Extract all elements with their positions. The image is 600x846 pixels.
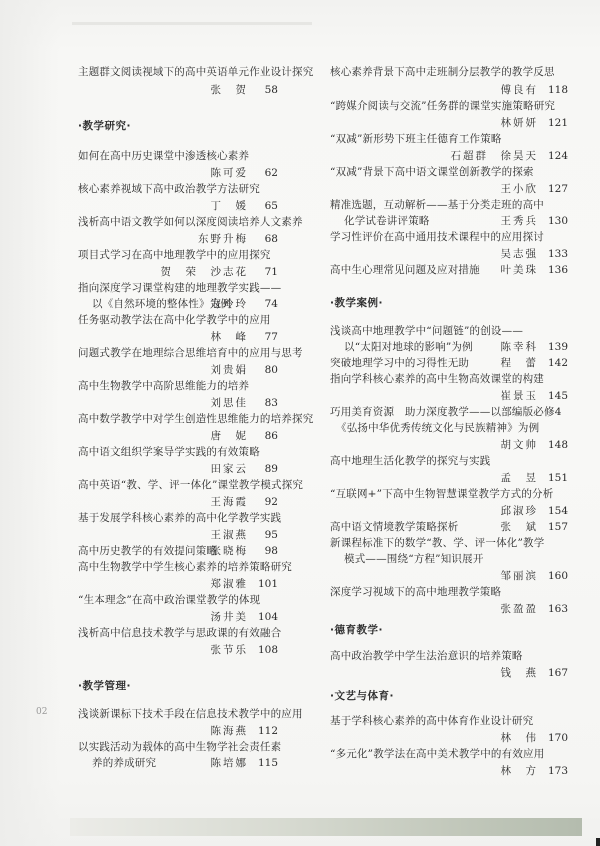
toc-entry-author: 王秀兵 xyxy=(500,215,538,227)
section-heading-arts-and-sports: ·文艺与体育· xyxy=(330,688,394,703)
toc-entry-page[interactable]: 83 xyxy=(258,397,278,410)
toc-entry-page[interactable]: 115 xyxy=(258,757,278,770)
toc-entry-author: 陈海燕 xyxy=(210,725,248,737)
toc-entry-byline: 石超群 徐昊天124 xyxy=(450,150,568,163)
toc-entry-page[interactable]: 127 xyxy=(548,183,568,196)
section-heading-teaching-management: ·教学管理· xyxy=(78,678,131,693)
toc-entry-author: 崔景玉 xyxy=(500,390,538,402)
toc-entry-author: 钱 燕 xyxy=(500,667,538,679)
toc-entry-page[interactable]: 80 xyxy=(258,364,278,377)
toc-entry-title[interactable]: 任务驱动教学法在高中化学教学中的应用 xyxy=(78,314,271,327)
toc-entry-author: 田家云 xyxy=(211,463,249,475)
toc-entry-byline: 程 蕾142 xyxy=(500,357,568,370)
toc-entry-title[interactable]: 高中地理生活化教学的探究与实践 xyxy=(330,455,491,468)
toc-entry-title[interactable]: “双减”背景下高中语文课堂创新教学的探索 xyxy=(330,166,534,179)
toc-entry-title-cont[interactable]: 以“太阳对地球的影响”为例 xyxy=(344,341,473,354)
bottom-decorative-band xyxy=(70,818,582,836)
toc-entry-page[interactable]: 98 xyxy=(258,545,278,558)
toc-entry-page[interactable]: 121 xyxy=(548,117,568,130)
toc-entry-page[interactable]: 170 xyxy=(548,732,568,745)
toc-entry-title[interactable]: 学习性评价在高中通用技术课程中的应用探讨 xyxy=(330,231,544,244)
toc-entry-page[interactable]: 157 xyxy=(548,521,568,534)
toc-entry-title-cont[interactable]: 养的养成研究 xyxy=(92,757,156,770)
toc-entry-byline: 汤井美104 xyxy=(210,611,278,624)
section-heading-teaching-cases: ·教学案例· xyxy=(330,295,383,310)
toc-entry-title[interactable]: 高中数学教学中对学生创造性思维能力的培养探究 xyxy=(78,413,313,426)
toc-entry-byline: 孟 昱151 xyxy=(500,472,568,485)
toc-entry-author: 陈可爱 xyxy=(211,167,249,179)
scan-shadow xyxy=(0,0,60,846)
toc-entry-byline: 东野升梅68 xyxy=(198,233,278,246)
section-heading-moral-education: ·德育教学· xyxy=(330,622,383,637)
toc-entry-author: 程 蕾 xyxy=(500,357,538,369)
toc-entry-page[interactable]: 145 xyxy=(548,390,568,403)
toc-entry-byline: 陈幸科139 xyxy=(500,341,568,354)
toc-entry-author: 邹丽滨 xyxy=(500,570,538,582)
top-rule xyxy=(72,22,312,25)
toc-entry-byline: 林 伟170 xyxy=(500,732,568,745)
toc-entry-title[interactable]: “多元化”教学法在高中美术教学中的有效应用 xyxy=(330,748,544,761)
toc-entry-author: 陈幸科 xyxy=(500,341,538,353)
toc-entry-title[interactable]: 浅谈新课标下技术手段在信息技术教学中的应用 xyxy=(78,708,303,721)
toc-entry-title[interactable]: 高中英语“教、学、评一体化”课堂教学模式探究 xyxy=(78,479,303,492)
toc-entry-title-cont[interactable]: 化学试卷讲评策略 xyxy=(344,215,430,228)
toc-entry-title[interactable]: 高中生物教学中学生核心素养的培养策略研究 xyxy=(78,561,292,574)
toc-entry-page[interactable]: 92 xyxy=(258,496,278,509)
toc-entry-author: 刘贵娟 xyxy=(211,364,249,376)
toc-entry-title[interactable]: 深度学习视域下的高中地理教学策略 xyxy=(330,586,501,599)
toc-entry-author: 叶美珠 xyxy=(500,264,538,276)
toc-entry-title[interactable]: 突破地理学习中的习得性无助 xyxy=(330,357,469,370)
toc-entry-byline: 陈可爱62 xyxy=(211,167,279,180)
toc-entry-byline: 张晓梅98 xyxy=(211,545,279,558)
toc-entry-page[interactable]: 136 xyxy=(548,264,568,277)
toc-entry-title[interactable]: “互联网+”下高中生物智慧课堂教学方式的分析 xyxy=(330,488,553,501)
toc-entry-byline: 寇玲玲74 xyxy=(211,298,279,311)
toc-entry-byline: 陈培娜115 xyxy=(210,757,278,770)
toc-entry-page[interactable]: 104 xyxy=(258,611,278,624)
toc-entry-author: 张晓梅 xyxy=(211,545,249,557)
toc-entry-byline: 王淑燕95 xyxy=(211,529,279,542)
toc-entry-page[interactable]: 77 xyxy=(258,331,278,344)
toc-entry-author: 王淑燕 xyxy=(211,529,249,541)
toc-entry-byline: 胡文帅148 xyxy=(500,439,568,452)
toc-entry-title[interactable]: 高中语文情境教学策略探析 xyxy=(330,521,458,534)
toc-entry-author: 丁 媛 xyxy=(211,200,249,212)
toc-entry-page[interactable]: 101 xyxy=(258,578,278,591)
toc-entry-title[interactable]: 浅谈高中地理教学中“问题链”的创设—— xyxy=(330,325,523,338)
toc-entry-byline: 叶美珠136 xyxy=(500,264,568,277)
toc-entry-author: 林 峰 xyxy=(211,331,249,343)
toc-entry-title[interactable]: 基于发展学科核心素养的高中化学教学实践 xyxy=(78,512,281,525)
toc-entry-page[interactable]: 167 xyxy=(548,667,568,680)
toc-entry-title[interactable]: 新课程标准下的数学“教、学、评一体化”教学 xyxy=(330,537,544,550)
toc-entry-byline: 崔景玉145 xyxy=(500,390,568,403)
toc-entry-byline: 吴志强133 xyxy=(500,248,568,261)
toc-entry-author: 郑淑雅 xyxy=(210,578,248,590)
scan-edge-mark xyxy=(596,838,600,846)
toc-entry-page[interactable]: 148 xyxy=(548,439,568,452)
toc-entry-title[interactable]: 问题式教学在地理综合思维培育中的应用与思考 xyxy=(78,347,303,360)
toc-entry-page[interactable]: 118 xyxy=(548,84,568,97)
toc-entry-author: 傅良有 xyxy=(500,84,538,96)
toc-entry-byline: 陈海燕112 xyxy=(210,725,278,738)
toc-entry-byline: 林妍妍121 xyxy=(500,117,568,130)
toc-entry-page[interactable]: 65 xyxy=(258,200,278,213)
toc-entry-page[interactable]: 133 xyxy=(548,248,568,261)
toc-entry-title[interactable]: 核心素养视域下高中政治教学方法研究 xyxy=(78,183,260,196)
toc-entry-title[interactable]: 指向学科核心素养的高中生物高效课堂的构建 xyxy=(330,373,544,386)
toc-entry-byline: 王海霞92 xyxy=(211,496,279,509)
toc-entry-author: 刘思佳 xyxy=(211,397,249,409)
toc-entry-author: 吴志强 xyxy=(500,248,538,260)
toc-entry-title[interactable]: 高中语文组织学案导学实践的有效策略 xyxy=(78,446,260,459)
section-heading-teaching-research: ·教学研究· xyxy=(78,118,131,133)
toc-entry-byline: 邹丽滨160 xyxy=(500,570,568,583)
toc-entry-author: 林 伟 xyxy=(500,732,538,744)
toc-entry-byline: 刘思佳83 xyxy=(211,397,279,410)
toc-entry-page[interactable]: 68 xyxy=(258,233,278,246)
toc-entry-author: 胡文帅 xyxy=(500,439,538,451)
toc-entry-byline: 张 贺58 xyxy=(211,84,279,97)
toc-entry-title[interactable]: 高中生心理常见问题及应对措施 xyxy=(330,264,480,277)
toc-entry-page[interactable]: 154 xyxy=(548,505,568,518)
toc-entry-page[interactable]: 139 xyxy=(548,341,568,354)
toc-entry-page[interactable]: 124 xyxy=(548,150,568,163)
toc-entry-author: 王小欣 xyxy=(500,183,538,195)
toc-entry-title[interactable]: 指向深度学习课堂构建的地理教学实践—— xyxy=(78,282,281,295)
toc-entry-title[interactable]: 高中生物教学中高阶思维能力的培养 xyxy=(78,380,249,393)
toc-entry-page[interactable]: 130 xyxy=(548,215,568,228)
toc-entry-author: 张节乐 xyxy=(210,644,248,656)
toc-entry-page[interactable]: 112 xyxy=(258,725,278,738)
toc-entry-title[interactable]: “双减”新形势下班主任德育工作策略 xyxy=(330,133,502,146)
toc-entry-byline: 刘贵娟80 xyxy=(211,364,279,377)
toc-entry-author: 寇玲玲 xyxy=(211,298,249,310)
toc-entry-byline: 贺 荣 沙志花71 xyxy=(161,266,279,279)
toc-entry-byline: 丁 媛65 xyxy=(211,200,279,213)
toc-entry-title-cont[interactable]: 模式——围绕“方程”知识展开 xyxy=(344,553,484,566)
toc-entry-byline: 钱 燕167 xyxy=(500,667,568,680)
toc-entry-title[interactable]: 精准选题，互动解析——基于分类走班的高中 xyxy=(330,199,544,212)
toc-entry-author: 贺 荣 沙志花 xyxy=(161,266,249,278)
toc-entry-byline: 傅良有118 xyxy=(500,84,568,97)
toc-entry-author: 邱淑珍 xyxy=(500,505,538,517)
toc-entry-page[interactable]: 74 xyxy=(258,298,278,311)
toc-entry-author: 东野升梅 xyxy=(198,233,248,245)
toc-entry-byline: 邱淑珍154 xyxy=(500,505,568,518)
toc-entry-byline: 林 方173 xyxy=(500,765,568,778)
toc-entry-title[interactable]: 以实践活动为载体的高中生物学社会责任素 xyxy=(78,741,281,754)
toc-entry-title[interactable]: 项目式学习在高中地理教学中的应用探究 xyxy=(78,249,271,262)
toc-entry-author: 王海霞 xyxy=(211,496,249,508)
toc-entry-author: 林 方 xyxy=(500,765,538,777)
toc-entry-page[interactable]: 173 xyxy=(548,765,568,778)
toc-entry-title[interactable]: 浅析高中语文教学如何以深度阅读培养人文素养 xyxy=(78,216,303,229)
toc-entry-page[interactable]: 89 xyxy=(258,463,278,476)
toc-entry-page[interactable]: 160 xyxy=(548,570,568,583)
toc-entry-author: 孟 昱 xyxy=(500,472,538,484)
toc-entry-author: 张 斌 xyxy=(500,521,538,533)
toc-entry-page[interactable]: 142 xyxy=(548,357,568,370)
toc-entry-author: 汤井美 xyxy=(210,611,248,623)
toc-entry-byline: 唐 妮86 xyxy=(211,430,279,443)
toc-entry-page[interactable]: 108 xyxy=(258,644,278,657)
toc-entry-byline: 王秀兵130 xyxy=(500,215,568,228)
toc-entry-title[interactable]: 高中历史教学的有效提问策略 xyxy=(78,545,217,558)
toc-entry-page[interactable]: 58 xyxy=(258,84,278,97)
toc-entry-title[interactable]: 高中政治教学中学生法治意识的培养策略 xyxy=(330,650,523,663)
toc-entry-page[interactable]: 163 xyxy=(548,603,568,616)
page-folio-number: 02 xyxy=(36,707,47,717)
toc-entry-page[interactable]: 71 xyxy=(258,266,278,279)
toc-entry-author: 陈培娜 xyxy=(210,757,248,769)
toc-entry-author: 张盈盈 xyxy=(500,603,538,615)
toc-entry-title[interactable]: 巧用美育资源 助力深度教学——以部编版必修4 xyxy=(330,406,562,419)
toc-entry-byline: 郑淑雅101 xyxy=(210,578,278,591)
toc-entry-title[interactable]: 核心素养背景下高中走班制分层教学的教学反思 xyxy=(330,66,555,79)
toc-entry-title[interactable]: 浅析高中信息技术教学与思政课的有效融合 xyxy=(78,627,281,640)
toc-entry-author: 唐 妮 xyxy=(211,430,249,442)
toc-entry-author: 石超群 徐昊天 xyxy=(450,150,538,162)
document-page: 主题群文阅读视域下的高中英语单元作业设计探究 张 贺58 ·教学研究· 如何在高… xyxy=(0,0,600,846)
toc-entry-author: 林妍妍 xyxy=(500,117,538,129)
toc-entry-byline: 田家云89 xyxy=(211,463,279,476)
toc-entry-page[interactable]: 95 xyxy=(258,529,278,542)
toc-entry-byline: 林 峰77 xyxy=(211,331,279,344)
toc-entry-page[interactable]: 62 xyxy=(258,167,278,180)
toc-entry-byline: 张 斌157 xyxy=(500,521,568,534)
toc-entry-title[interactable]: “生本理念”在高中政治课堂教学的体现 xyxy=(78,594,260,607)
toc-entry-author: 张 贺 xyxy=(211,84,249,96)
toc-entry-title[interactable]: 基于学科核心素养的高中体育作业设计研究 xyxy=(330,715,533,728)
toc-entry-title[interactable]: “跨媒介阅读与交流”任务群的课堂实施策略研究 xyxy=(330,100,555,113)
toc-entry-byline: 王小欣127 xyxy=(500,183,568,196)
toc-entry-page[interactable]: 151 xyxy=(548,472,568,485)
toc-entry-byline: 张盈盈163 xyxy=(500,603,568,616)
toc-entry-title[interactable]: 主题群文阅读视域下的高中英语单元作业设计探究 xyxy=(78,66,313,79)
toc-entry-title-cont[interactable]: 《弘扬中华优秀传统文化与民族精神》为例 xyxy=(336,422,539,435)
toc-entry-title[interactable]: 如何在高中历史课堂中渗透核心素养 xyxy=(78,150,249,163)
toc-entry-byline: 张节乐108 xyxy=(210,644,278,657)
toc-entry-page[interactable]: 86 xyxy=(258,430,278,443)
